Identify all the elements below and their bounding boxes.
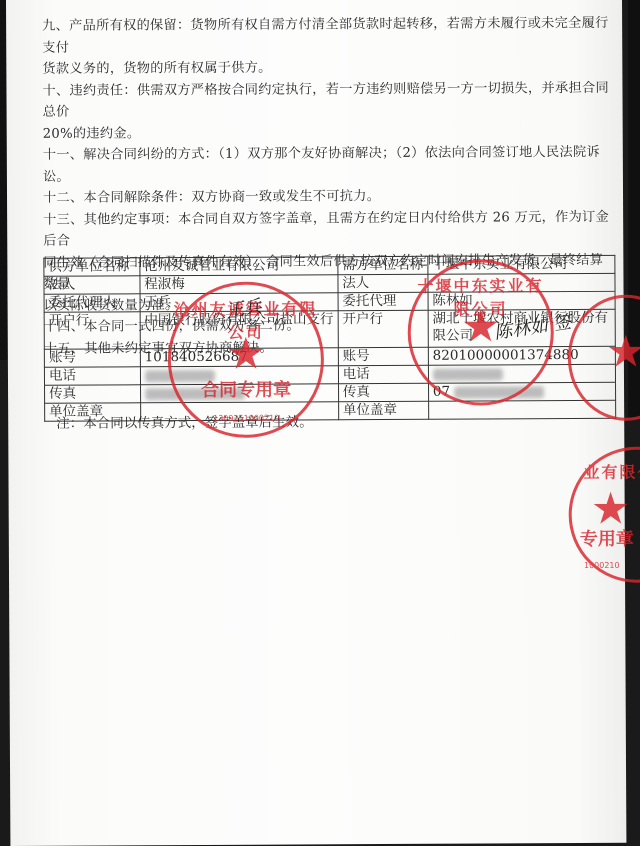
buyer-phone-label: 电话 bbox=[338, 365, 428, 383]
clause-9-line2: 货款义务的，货物的所有权属于供方。 bbox=[42, 56, 612, 80]
seal-ring-text: 业有限公司 bbox=[571, 460, 640, 484]
supplier-account-value: 101840526687 bbox=[140, 348, 338, 367]
redacted-fax bbox=[454, 386, 544, 398]
redacted-phone bbox=[145, 369, 215, 381]
clause-12: 十二、本合同解除条件：双方协商一致或发生不可抗力。 bbox=[43, 185, 613, 209]
clause-9-line1: 九、产品所有权的保留：货物所有权自需方付清全部货款时起转移，若需方未履行或未完全… bbox=[42, 13, 612, 59]
buyer-legal-rep-value bbox=[428, 273, 615, 292]
redacted-fax bbox=[145, 387, 245, 400]
star-icon: ★ bbox=[591, 487, 631, 531]
buyer-account-label: 账号 bbox=[338, 347, 428, 365]
supplier-name-label: 供方单位名称 bbox=[44, 258, 140, 277]
redacted-phone bbox=[433, 368, 503, 380]
buyer-fax-label: 传真 bbox=[338, 383, 428, 401]
supplier-account-label: 账号 bbox=[44, 349, 140, 368]
buyer-name-value: 十堰中东实业有限公司 bbox=[428, 255, 615, 274]
supplier-fax-label: 传真 bbox=[45, 385, 141, 404]
seal-code: 1000210 bbox=[572, 560, 640, 570]
fax-validity-note: 注：本合同以传真方式，签字盖章后生效。 bbox=[56, 410, 313, 431]
buyer-account-value: 82010000001374880 bbox=[428, 346, 615, 365]
buyer-seal-value bbox=[428, 400, 615, 419]
table-row: 供方单位名称 沧州友诚管业有限公司 需方单位名称 十堰中东实业有限公司 bbox=[44, 255, 615, 276]
photo-background-right bbox=[628, 0, 640, 420]
buyer-legal-rep-label: 法人 bbox=[338, 274, 428, 292]
buyer-bank-label: 开户行 bbox=[338, 310, 428, 347]
clause-13-line1: 十三、其他约定事项：本合同自双方签字盖章，且需方在约定日内付给供方 26 万元，… bbox=[43, 206, 613, 252]
supplier-phone-value bbox=[140, 366, 338, 385]
supplier-legal-rep-label: 法人 bbox=[44, 276, 140, 295]
supplier-agent-label: 委托代理人 bbox=[44, 294, 140, 313]
table-row: 账号 101840526687 账号 82010000001374880 bbox=[44, 346, 615, 367]
buyer-seal-partial-bottom: 业有限公司 ★ 专用章 1000210 bbox=[568, 446, 640, 583]
buyer-agent-value: 陈林如 bbox=[428, 291, 615, 310]
supplier-phone-label: 电话 bbox=[44, 367, 140, 386]
supplier-signature: 王兵 bbox=[224, 292, 263, 323]
clause-10-line2: 20%的违约金。 bbox=[43, 120, 613, 144]
buyer-name-label: 需方单位名称 bbox=[338, 256, 428, 274]
buyer-agent-label: 委托代理 bbox=[338, 292, 428, 310]
supplier-legal-rep-value: 程淑梅 bbox=[140, 275, 338, 294]
table-row: 传真 传真 07 bbox=[45, 382, 616, 403]
buyer-fax-value: 07 bbox=[428, 382, 615, 401]
supplier-fax-value bbox=[140, 384, 338, 403]
seal-label: 专用章 bbox=[572, 525, 640, 552]
buyer-seal-label: 单位盖章 bbox=[338, 401, 428, 419]
supplier-name-value: 沧州友诚管业有限公司 bbox=[140, 257, 338, 276]
buyer-phone-value bbox=[428, 364, 615, 383]
clause-11: 十一、解决合同纠纷的方式：（1）双方那个友好协商解决；（2）依法向合同签订地人民… bbox=[43, 142, 613, 188]
supplier-bank-label: 开户行 bbox=[44, 312, 140, 350]
contract-page: 九、产品所有权的保留：货物所有权自需方付清全部货款时起转移，若需方未履行或未完全… bbox=[6, 0, 626, 846]
clause-10-line1: 十、违约责任：供需双方严格按合同约定执行，若一方违约则赔偿另一方一切损失，并承担… bbox=[42, 77, 612, 123]
